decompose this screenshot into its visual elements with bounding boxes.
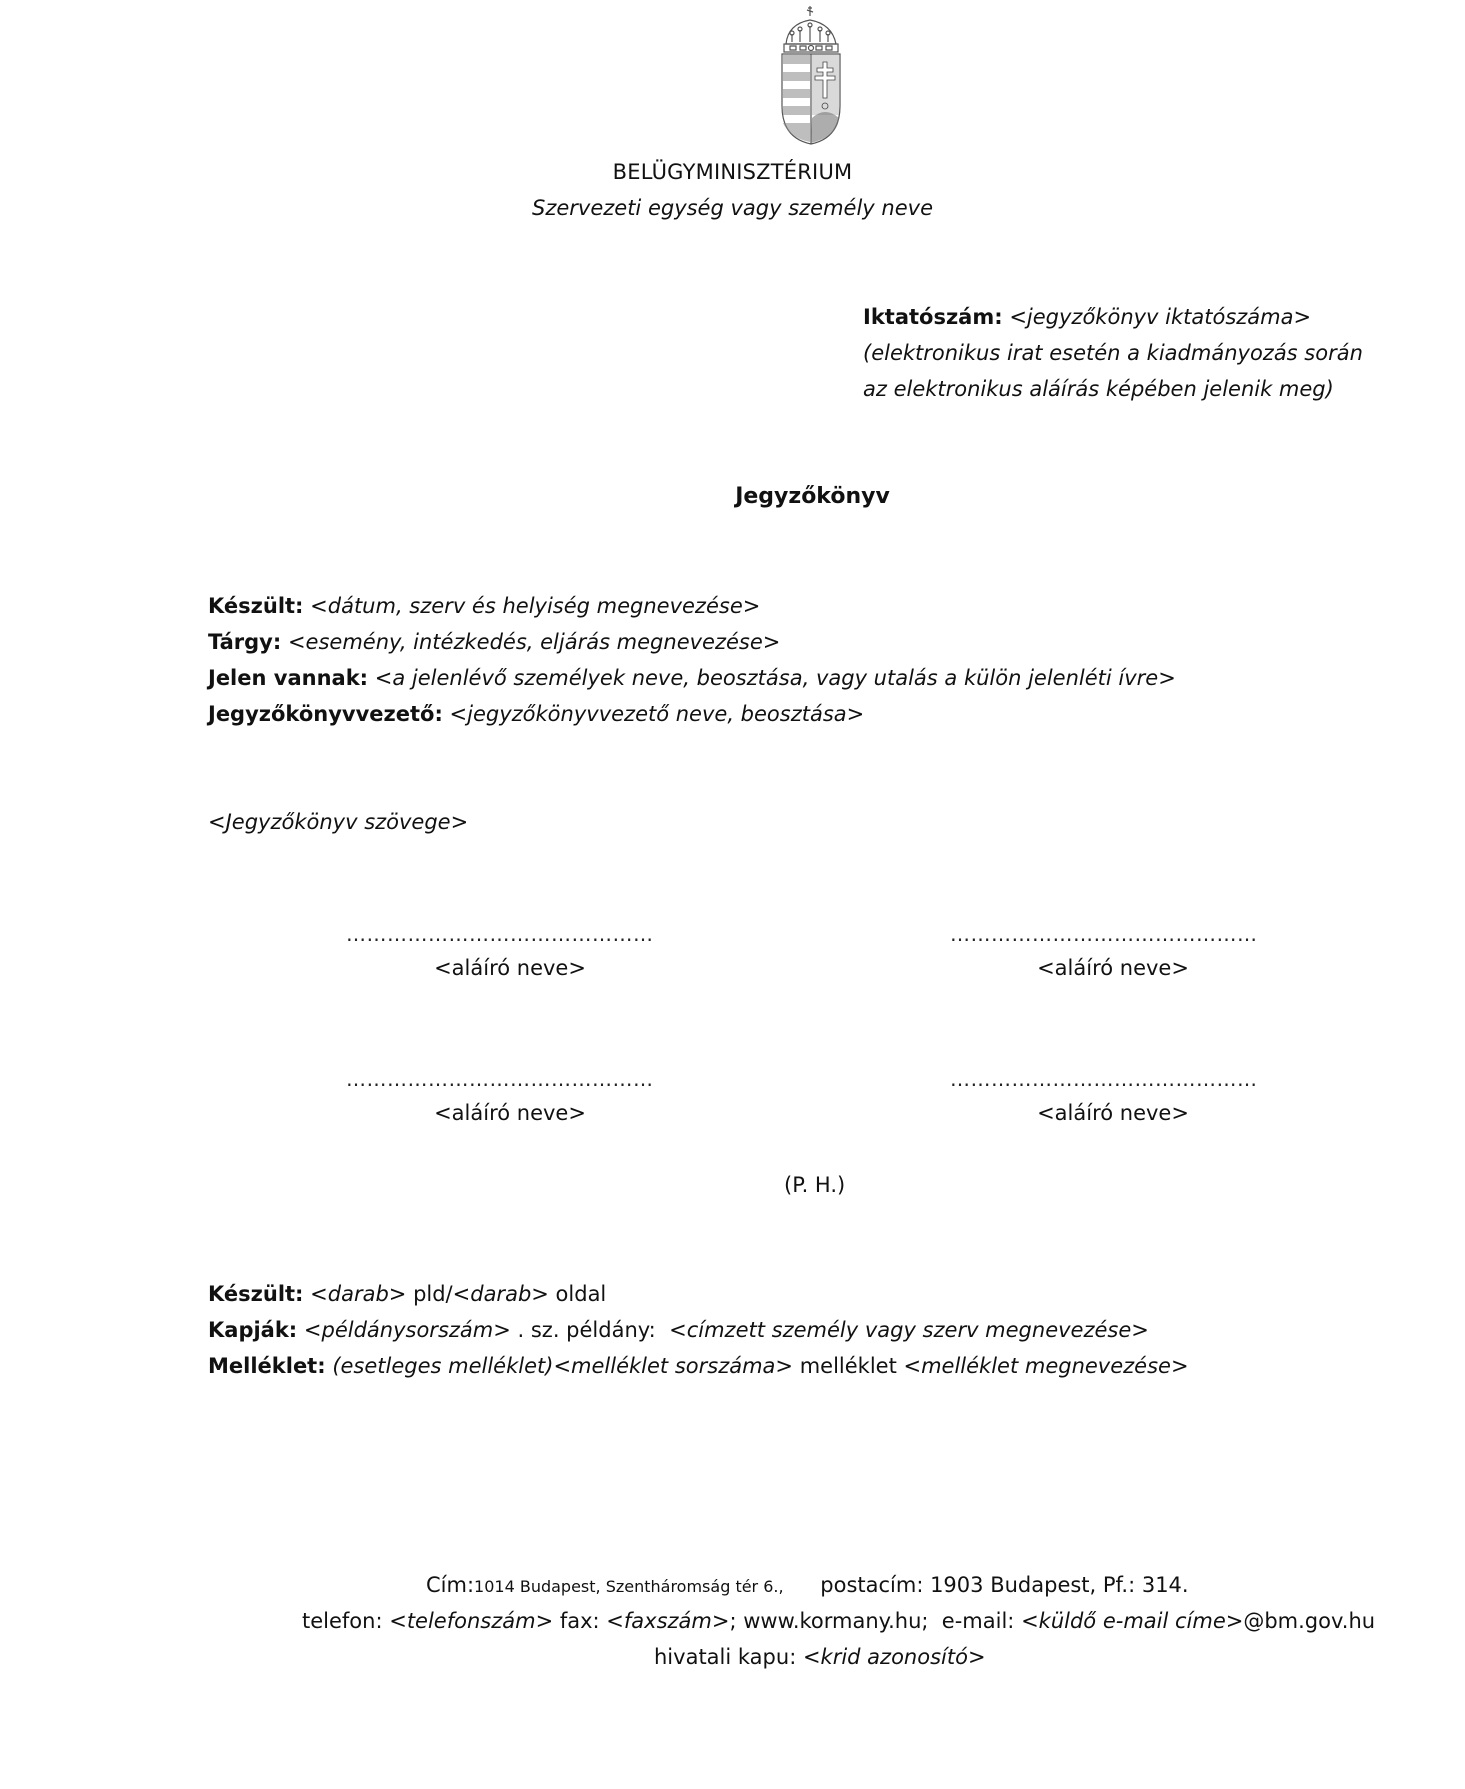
registration-value: <jegyzőkönyv iktatószáma> [1009, 305, 1311, 329]
footer-address: Cím:1014 Budapest, Szentháromság tér 6.,… [426, 1573, 1189, 1597]
field-made: Készült: <dátum, szerv és helyiség megne… [208, 594, 760, 618]
field-value: <a jelenlévő személyek neve, beosztása, … [375, 666, 1176, 690]
field-value: <jegyzőkönyvvezető neve, beosztása> [450, 702, 865, 726]
signer-name: <aláíró neve> [953, 1101, 1273, 1125]
signature-line: ……………………………………… [346, 1067, 654, 1091]
field-value: <dátum, szerv és helyiség megnevezése> [310, 594, 760, 618]
phone-value: <telefonszám> [389, 1609, 553, 1633]
website-email-label: ; www.kormany.hu; e-mail: [729, 1609, 1021, 1633]
field-label: Jelen vannak: [208, 666, 368, 690]
field-subject: Tárgy: <esemény, intézkedés, eljárás meg… [208, 630, 780, 654]
field-present: Jelen vannak: <a jelenlévő személyek nev… [208, 666, 1176, 690]
minutes-body: <Jegyzőkönyv szövege> [208, 810, 468, 834]
signer-name: <aláíró neve> [350, 956, 670, 980]
footer-gateway: hivatali kapu: <krid azonosító> [654, 1645, 986, 1669]
postal-address: postacím: 1903 Budapest, Pf.: 314. [820, 1573, 1188, 1597]
closing-made: Készült: <darab> pld/<darab> oldal [208, 1282, 606, 1306]
closing-label: Kapják: [208, 1318, 297, 1342]
closing-label: Készült: [208, 1282, 303, 1306]
closing-recipients: Kapják: <példánysorszám> . sz. példány: … [208, 1318, 1149, 1342]
field-label: Tárgy: [208, 630, 281, 654]
registration-note-1: (elektronikus irat esetén a kiadmányozás… [863, 341, 1363, 365]
pages-count: <darab> [453, 1282, 549, 1306]
field-label: Készült: [208, 594, 303, 618]
signature-line: ……………………………………… [950, 922, 1258, 946]
copies-count: <darab> [310, 1282, 406, 1306]
address-label: Cím: [426, 1573, 474, 1597]
attachment-number: (esetleges melléklet)<melléklet sorszáma… [332, 1354, 793, 1378]
attachment-name: <melléklet megnevezése> [903, 1354, 1188, 1378]
registration-note-2: az elektronikus aláírás képében jelenik … [863, 377, 1334, 401]
ministry-name: BELÜGYMINISZTÉRIUM [0, 160, 1465, 184]
closing-attachment: Melléklet: (esetleges melléklet)<mellékl… [208, 1354, 1189, 1378]
signature-line: ……………………………………… [950, 1067, 1258, 1091]
fax-label: fax: [553, 1609, 606, 1633]
registration-label: Iktatószám: [863, 305, 1003, 329]
copy-number: <példánysorszám> [304, 1318, 511, 1342]
field-label: Jegyzőkönyvvezető: [208, 702, 443, 726]
gateway-label: hivatali kapu: [654, 1645, 803, 1669]
document-title: Jegyzőkönyv [0, 484, 1465, 509]
closing-label: Melléklet: [208, 1354, 326, 1378]
phone-label: telefon: [302, 1609, 389, 1633]
address-value: 1014 Budapest, Szentháromság tér 6., [474, 1577, 784, 1596]
copy-text: . sz. példány: [511, 1318, 669, 1342]
gateway-value: <krid azonosító> [803, 1645, 986, 1669]
email-domain: @bm.gov.hu [1243, 1609, 1375, 1633]
field-minute-taker: Jegyzőkönyvvezető: <jegyzőkönyvvezető ne… [208, 702, 864, 726]
signer-name: <aláíró neve> [350, 1101, 670, 1125]
pages-unit: oldal [549, 1282, 606, 1306]
registration-number: Iktatószám: <jegyzőkönyv iktatószáma> [863, 305, 1311, 329]
fax-value: <faxszám> [606, 1609, 729, 1633]
footer-contacts: telefon: <telefonszám> fax: <faxszám>; w… [302, 1609, 1375, 1633]
stamp-placeholder: (P. H.) [784, 1173, 845, 1197]
attachment-text: melléklet [793, 1354, 903, 1378]
recipient-name: <címzett személy vagy szerv megnevezése> [669, 1318, 1149, 1342]
hungarian-coat-of-arms-icon [778, 6, 844, 146]
organizational-unit: Szervezeti egység vagy személy neve [0, 196, 1465, 220]
signer-name: <aláíró neve> [953, 956, 1273, 980]
signature-line: ……………………………………… [346, 922, 654, 946]
field-value: <esemény, intézkedés, eljárás megnevezés… [288, 630, 780, 654]
copies-unit: pld/ [406, 1282, 452, 1306]
email-user: <küldő e-mail címe> [1021, 1609, 1243, 1633]
